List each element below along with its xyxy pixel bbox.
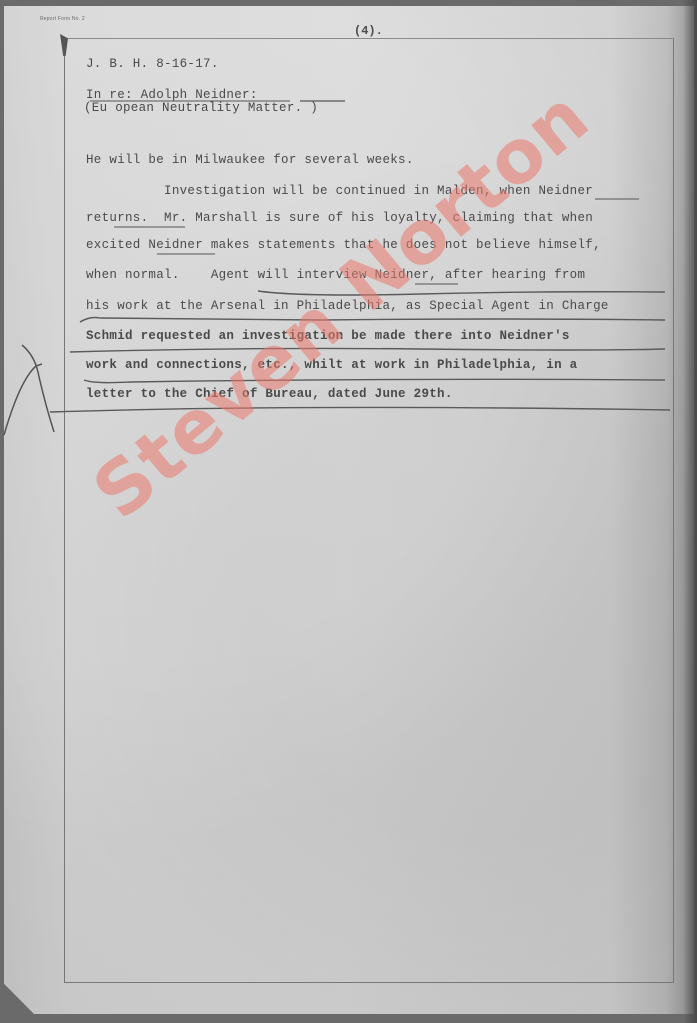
subject-line: In re: Adolph Neidner: bbox=[86, 88, 258, 102]
body-line: Investigation will be continued in Malde… bbox=[86, 184, 593, 198]
body-line: work and connections, etc., whilt at wor… bbox=[86, 358, 577, 372]
page-border-frame bbox=[64, 38, 674, 983]
body-line: Schmid requested an investigation be mad… bbox=[86, 329, 570, 343]
body-line: He will be in Milwaukee for several week… bbox=[86, 153, 414, 167]
scan-edge-shadow bbox=[683, 0, 697, 1023]
initials-date-line: J. B. H. 8-16-17. bbox=[86, 57, 219, 71]
page-number: (4). bbox=[354, 24, 383, 38]
body-line: excited Neidner makes statements that he… bbox=[86, 238, 601, 252]
body-line: his work at the Arsenal in Philadelphia,… bbox=[86, 299, 609, 313]
body-line: when normal. Agent will interview Neidne… bbox=[86, 268, 585, 282]
matter-line: (Eu opean Neutrality Matter. ) bbox=[84, 101, 318, 115]
scanned-page-background: Report Form No. 2 (4). J. B. H. 8-16-17.… bbox=[0, 0, 697, 1023]
body-line: returns. Mr. Marshall is sure of his loy… bbox=[86, 211, 593, 225]
form-number-label: Report Form No. 2 bbox=[40, 16, 85, 22]
body-line: letter to the Chief of Bureau, dated Jun… bbox=[86, 387, 453, 401]
